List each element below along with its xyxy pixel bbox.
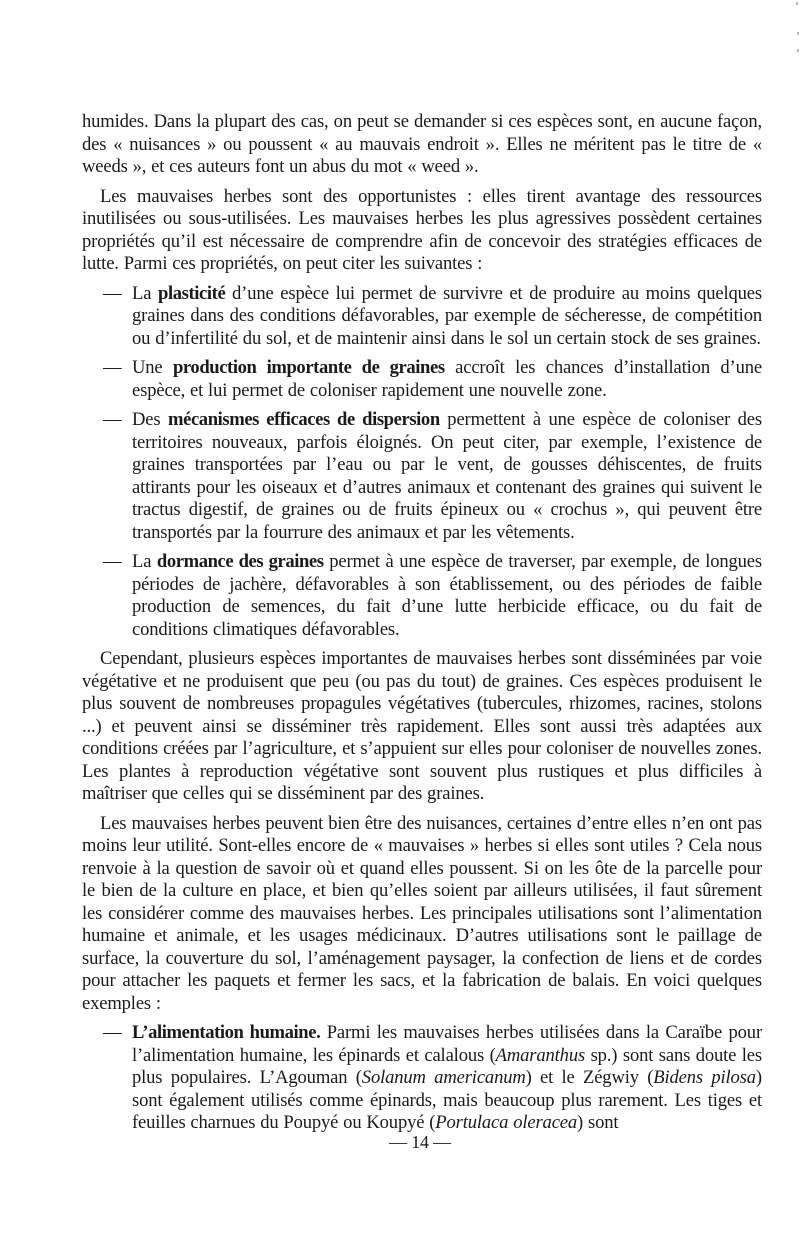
- document-page: humides. Dans la plupart des cas, on peu…: [82, 111, 762, 1142]
- scan-artifact: [796, 2, 798, 5]
- list-item-seed-production: —Une production importante de graines ac…: [82, 357, 762, 402]
- list-item-human-food: —L’alimentation humaine. Parmi les mauva…: [82, 1022, 762, 1135]
- paragraph-usefulness: Les mauvaises herbes peuvent bien être d…: [82, 813, 762, 1016]
- species-name: Solanum americanum: [362, 1067, 526, 1088]
- list-item-dispersion: —Des mécanismes efficaces de dispersion …: [82, 409, 762, 544]
- bold-term: production importante de graines: [173, 357, 445, 378]
- list-item-dormancy: —La dormance des graines permet à une es…: [82, 551, 762, 641]
- paragraph-vegetative: Cependant, plusieurs espèces importantes…: [82, 648, 762, 806]
- page-number: — 14 —: [0, 1132, 800, 1153]
- species-name: Amaranthus: [496, 1045, 585, 1066]
- list-item-plasticity: —La plasticité d’une espèce lui permet d…: [82, 283, 762, 351]
- em-dash-bullet: —: [103, 551, 121, 574]
- scan-artifact: [797, 49, 799, 52]
- em-dash-bullet: —: [103, 1022, 121, 1045]
- em-dash-bullet: —: [103, 357, 121, 380]
- bold-term: dormance des graines: [157, 551, 324, 572]
- bold-term: L’alimentation humaine.: [132, 1022, 320, 1043]
- bold-term: plasticité: [158, 283, 225, 304]
- species-name: Bidens pilosa: [653, 1067, 756, 1088]
- species-name: Portulaca oleracea: [435, 1112, 577, 1133]
- weed-properties-list: —La plasticité d’une espèce lui permet d…: [82, 283, 762, 642]
- weed-uses-list: —L’alimentation humaine. Parmi les mauva…: [82, 1022, 762, 1135]
- em-dash-bullet: —: [103, 283, 121, 306]
- scan-artifact: [797, 32, 799, 35]
- bold-term: mécanismes efficaces de dispersion: [168, 409, 440, 430]
- paragraph-continuation: humides. Dans la plupart des cas, on peu…: [82, 111, 762, 179]
- paragraph-opportunists: Les mauvaises herbes sont des opportunis…: [82, 186, 762, 276]
- em-dash-bullet: —: [103, 409, 121, 432]
